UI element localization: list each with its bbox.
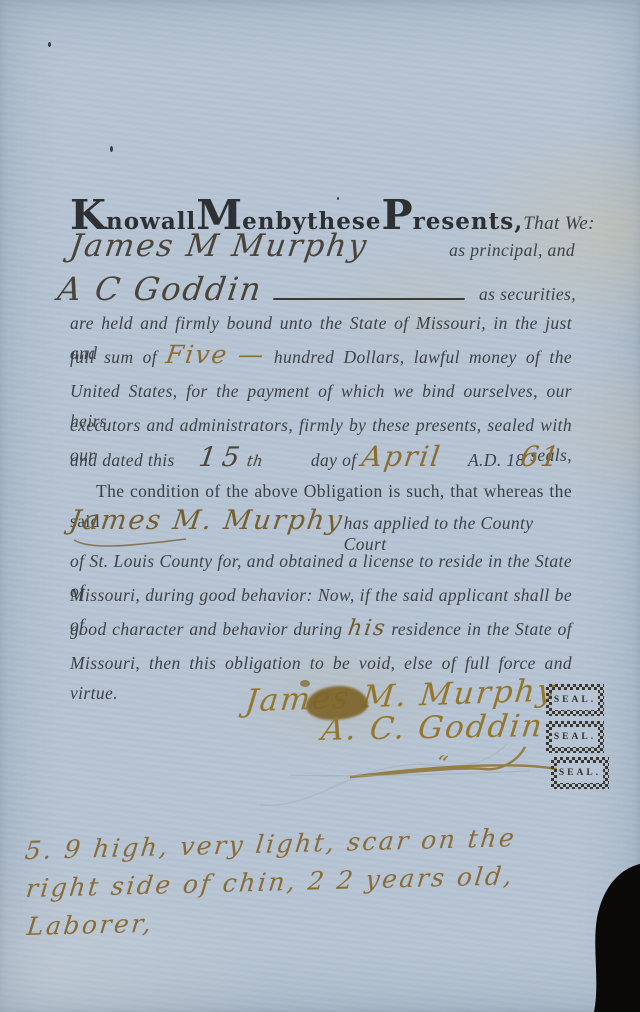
date-mid-text: day of <box>311 450 357 471</box>
date-year-handwritten: 61 <box>518 440 562 473</box>
inked-dash <box>273 298 465 300</box>
principal-name-handwritten: James M Murphy <box>67 228 370 264</box>
sum-pre-text: full sum of <box>70 347 157 367</box>
date-month-handwritten: April <box>360 440 444 473</box>
principal-line: James M Murphy as principal, and <box>70 228 575 264</box>
date-day-suffix-handwritten: th <box>246 452 264 470</box>
seal-label: SEAL. <box>552 690 598 710</box>
body-line-pronoun: good character and behavior during his r… <box>70 614 572 644</box>
seal-stamp: SEAL. <box>551 757 609 789</box>
sum-post-text: hundred Dollars, lawful money of the <box>274 347 572 367</box>
date-ad-text: A.D. 18 <box>468 450 525 471</box>
pronoun-pre-text: good character and behavior during <box>70 619 342 639</box>
principal-label: as principal, and <box>449 240 575 261</box>
seal-label: SEAL. <box>552 727 598 747</box>
corner-stain <box>588 864 640 1012</box>
ink-speck <box>110 146 113 152</box>
applicant-name-handwritten: James M. Murphy <box>68 505 346 536</box>
note-line: Laborer, <box>25 905 156 945</box>
seal-stamp: SEAL. <box>546 721 604 753</box>
ink-speck <box>48 42 51 47</box>
date-line: and dated this 15 th day of April A.D. 1… <box>70 440 575 473</box>
security-name-handwritten: A C Goddin <box>55 270 265 308</box>
date-day-handwritten: 15 <box>197 442 248 473</box>
ink-splatter <box>300 680 310 687</box>
security-line: A C Goddin as securities, <box>58 270 576 309</box>
security-label: as securities, <box>479 284 576 305</box>
pronoun-post-text: residence in the State of <box>391 619 572 639</box>
seal-label: SEAL. <box>557 763 603 783</box>
date-pre-text: and dated this <box>70 450 175 471</box>
seal-stamp: SEAL. <box>546 684 604 716</box>
pronoun-handwritten: his <box>346 614 389 644</box>
body-line-sum: full sum of Five — hundred Dollars, lawf… <box>70 340 572 372</box>
description-note: 5. 9 high, very light, scar on the right… <box>25 816 640 946</box>
bond-document-scan: Know all Men by these Presents, That We:… <box>0 0 640 1012</box>
sum-value-handwritten: Five — <box>164 340 267 370</box>
